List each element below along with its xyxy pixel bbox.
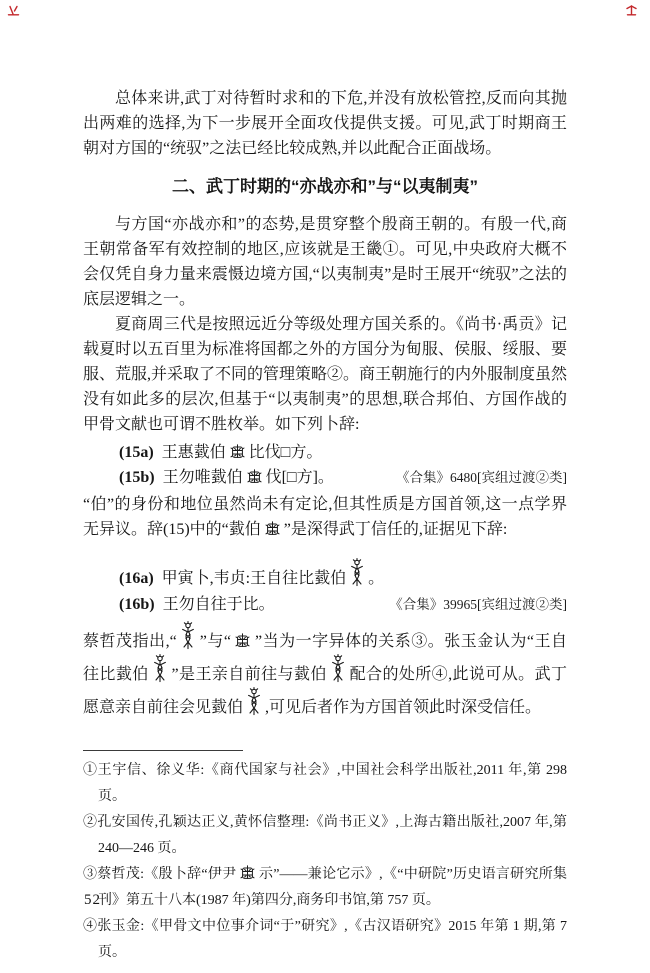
inscription-line-15b: (15b)王勿唯臷伯 伐[□方]。 《合集》6480[宾组过渡②类] <box>83 465 567 490</box>
inscription-text: (15a)王惠臷伯 比伐□方。 <box>119 440 322 465</box>
page-number: 52 <box>84 892 101 909</box>
oracle-glyph-pictograph <box>331 654 345 684</box>
oracle-glyph-compact <box>230 444 245 459</box>
inscription-label: (16a) <box>119 570 154 587</box>
inscription-line-15a: (15a)王惠臷伯 比伐□方。 <box>83 440 567 465</box>
oracle-glyph-compact <box>247 469 262 484</box>
inscription-body: 甲寅卜,韦贞:王自往比臷伯 。 <box>162 570 384 587</box>
oracle-inscription-block-16: (16a)甲寅卜,韦贞:王自往比臷伯 。 (16b)王勿自往于比。 《合集》39… <box>83 558 567 617</box>
oracle-glyph-pictograph <box>247 687 261 717</box>
source-citation-heji-6480: 《合集》6480[宾组过渡②类] <box>396 465 567 490</box>
inscription-text: (16b)王勿自往于比。 <box>119 592 275 617</box>
source-citation-heji-39965: 《合集》39965[宾组过渡②类] <box>389 592 567 617</box>
inscription-text: (16a)甲寅卜,韦贞:王自往比臷伯 。 <box>119 558 384 592</box>
oracle-glyph-pictograph <box>350 558 364 588</box>
red-corner-mark-right <box>625 3 638 21</box>
inscription-label: (15a) <box>119 444 154 461</box>
oracle-glyph-compact <box>235 633 250 648</box>
oracle-glyph-pictograph <box>181 621 195 651</box>
inscription-body: 王勿自往于比。 <box>163 596 275 613</box>
inscription-line-16a: (16a)甲寅卜,韦贞:王自往比臷伯 。 <box>83 558 567 592</box>
footnote-1: ①王宇信、徐义华:《商代国家与社会》,中国社会科学出版社,2011 年,第 29… <box>83 758 567 810</box>
inscription-line-16b: (16b)王勿自往于比。 《合集》39965[宾组过渡②类] <box>83 592 567 617</box>
footnote-4: ④张玉金:《甲骨文中位事介词“于”研究》,《古汉语研究》2015 年第 1 期,… <box>83 914 567 966</box>
inscription-text: (15b)王勿唯臷伯 伐[□方]。 <box>119 465 334 490</box>
book-page: 总体来讲,武丁对待暂时求和的下危,并没有放松管控,反而向其抛出两难的选择,为下一… <box>0 0 650 973</box>
red-corner-mark-left <box>7 3 20 21</box>
oracle-inscription-block-15: (15a)王惠臷伯 比伐□方。 (15b)王勿唯臷伯 伐[□方]。 《合集》64… <box>83 440 567 490</box>
inscription-label: (15b) <box>119 469 155 486</box>
paragraph-scholars-opinions: 蔡哲茂指出,“ ”与“ ”当为一字异体的关系③。张玉金认为“王自往比臷伯 ”是王… <box>83 621 567 720</box>
footnote-3: ③蔡哲茂:《殷卜辞“伊尹 示”——兼论它示》,《“中研院”历史语言研究所集刊》第… <box>83 862 567 914</box>
section-heading: 二、武丁时期的“亦战亦和”与“以夷制夷” <box>83 175 567 199</box>
oracle-glyph-compact <box>265 521 280 536</box>
main-text-column: 总体来讲,武丁对待暂时求和的下危,并没有放松管控,反而向其抛出两难的选择,为下一… <box>83 86 567 720</box>
paragraph-three-dynasties-ranking: 夏商周三代是按照远近分等级处理方国关系的。《尚书·禹贡》记载夏时以五百里为标准将… <box>83 312 567 437</box>
paragraph-war-and-peace-stance: 与方国“亦战亦和”的态势,是贯穿整个殷商王朝的。有殷一代,商王朝常备军有效控制的… <box>83 212 567 312</box>
footnote-area: ①王宇信、徐义华:《商代国家与社会》,中国社会科学出版社,2011 年,第 29… <box>83 750 567 966</box>
footnote-2: ②孔安国传,孔颖达正义,黄怀信整理:《尚书正义》,上海古籍出版社,2007 年,… <box>83 810 567 862</box>
paragraph-conclusion-wuding-control: 总体来讲,武丁对待暂时求和的下危,并没有放松管控,反而向其抛出两难的选择,为下一… <box>83 86 567 161</box>
oracle-glyph-pictograph <box>153 654 167 684</box>
oracle-glyph-compact <box>240 865 255 880</box>
paragraph-bo-status-discussion: “伯”的身份和地位虽然尚未有定论,但其性质是方国首领,这一点学界无异议。辞(15… <box>83 492 567 542</box>
footnote-separator-rule <box>83 750 243 751</box>
inscription-body: 王勿唯臷伯 伐[□方]。 <box>163 469 334 486</box>
inscription-body: 王惠臷伯 比伐□方。 <box>162 444 323 461</box>
inscription-label: (16b) <box>119 596 155 613</box>
